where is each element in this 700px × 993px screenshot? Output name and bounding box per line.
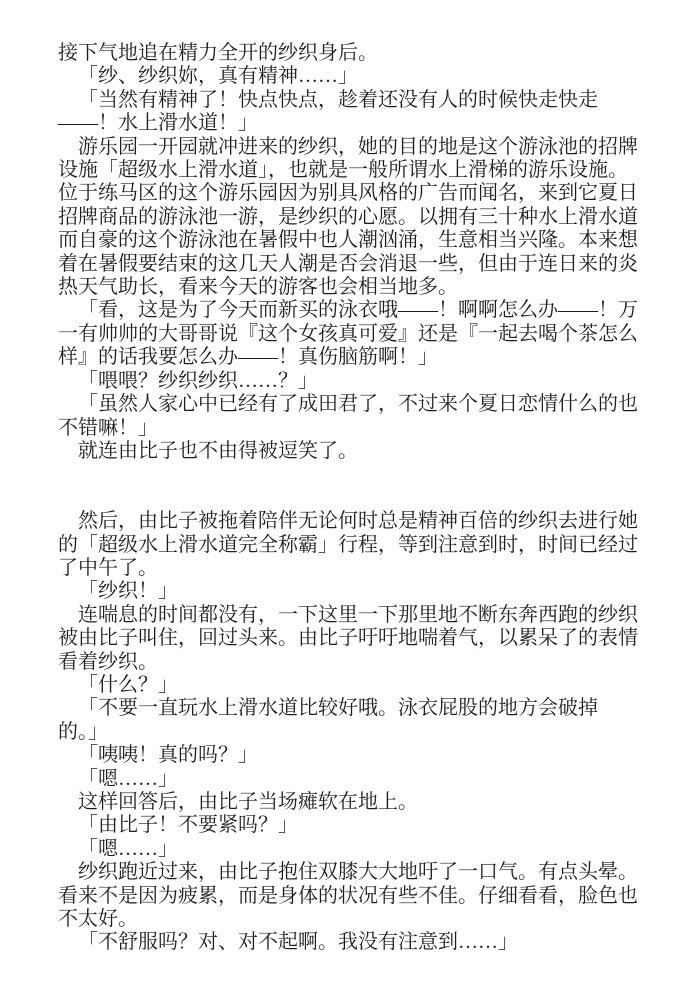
- text-line: 「纱织！」: [58, 580, 642, 603]
- text-line: 看着纱织。: [58, 651, 642, 674]
- text-line: 纱织跑近过来，由比子抱住双膝大大地吁了一口气。有点头晕。: [58, 861, 642, 884]
- text-line: 设施「超级水上滑水道」，也就是一般所谓水上滑梯的游乐设施。: [58, 159, 642, 182]
- text-line: 「纱、纱织妳，真有精神……」: [58, 65, 642, 88]
- text-line: 「咦咦！真的吗？」: [58, 744, 642, 767]
- blank-line: [58, 463, 642, 486]
- text-line: 一有帅帅的大哥哥说『这个女孩真可爱』还是『一起去喝个茶怎么: [58, 323, 642, 346]
- text-line: 「不要一直玩水上滑水道比较好哦。泳衣屁股的地方会破掉: [58, 697, 642, 720]
- text-line: 「当然有精神了！快点快点，趁着还没有人的时候快走快走: [58, 89, 642, 112]
- text-line: ——！水上滑水道！」: [58, 112, 642, 135]
- text-line: 连喘息的时间都没有，一下这里一下那里地不断东奔西跑的纱织: [58, 604, 642, 627]
- text-line: 这样回答后，由比子当场瘫软在地上。: [58, 791, 642, 814]
- text-line: 不太好。: [58, 908, 642, 931]
- novel-page: 接下气地追在精力全开的纱织身后。「纱、纱织妳，真有精神……」「当然有精神了！快点…: [0, 0, 700, 993]
- text-line: 「嗯……」: [58, 838, 642, 861]
- text-line: 不错嘛！」: [58, 417, 642, 440]
- text-line: 而自豪的这个游泳池在暑假中也人潮汹涌，生意相当兴隆。本来想: [58, 229, 642, 252]
- text-line: 「看，这是为了今天而新买的泳衣哦——！啊啊怎么办——！万: [58, 299, 642, 322]
- text-line: 就连由比子也不由得被逗笑了。: [58, 440, 642, 463]
- text-line: 「不舒服吗？对、对不起啊。我没有注意到……」: [58, 931, 642, 954]
- text-line: 位于练马区的这个游乐园因为别具风格的广告而闻名，来到它夏日: [58, 182, 642, 205]
- text-line: 「虽然人家心中已经有了成田君了，不过来个夏日恋情什么的也: [58, 393, 642, 416]
- text-line: 了中午了。: [58, 557, 642, 580]
- text-line: 「由比子！不要紧吗？」: [58, 814, 642, 837]
- text-line: 被由比子叫住，回过头来。由比子吁吁地喘着气，以累呆了的表情: [58, 627, 642, 650]
- text-line: 「嗯……」: [58, 768, 642, 791]
- text-line: 游乐园一开园就冲进来的纱织，她的目的地是这个游泳池的招牌: [58, 136, 642, 159]
- text-line: 样』的话我要怎么办——！真伤脑筋啊！」: [58, 346, 642, 369]
- text-line: 接下气地追在精力全开的纱织身后。: [58, 42, 642, 65]
- text-line: 的「超级水上滑水道完全称霸」行程，等到注意到时，时间已经过: [58, 534, 642, 557]
- text-lines: 接下气地追在精力全开的纱织身后。「纱、纱织妳，真有精神……」「当然有精神了！快点…: [58, 42, 642, 955]
- blank-line: [58, 487, 642, 510]
- text-line: 的。」: [58, 721, 642, 744]
- text-line: 看来不是因为疲累，而是身体的状况有些不佳。仔细看看，脸色也: [58, 885, 642, 908]
- text-line: 然后，由比子被拖着陪伴无论何时总是精神百倍的纱织去进行她: [58, 510, 642, 533]
- text-line: 热天气助长，看来今天的游客也会相当地多。: [58, 276, 642, 299]
- text-line: 「什么？」: [58, 674, 642, 697]
- text-line: 招牌商品的游泳池一游，是纱织的心愿。以拥有三十种水上滑水道: [58, 206, 642, 229]
- text-line: 「喂喂？纱织纱织……？」: [58, 370, 642, 393]
- text-line: 着在暑假要结束的这几天人潮是否会消退一些，但由于连日来的炎: [58, 253, 642, 276]
